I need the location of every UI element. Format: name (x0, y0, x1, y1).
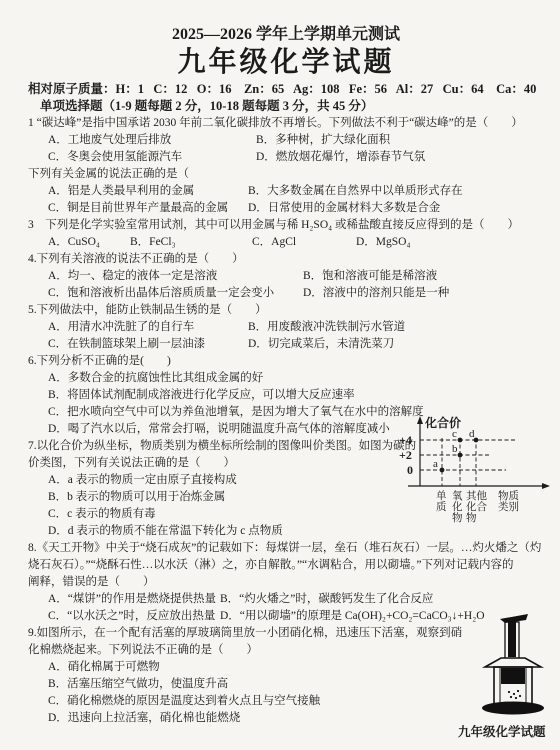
point-c-label: c (452, 428, 457, 440)
question-8-stem-line1: 8.《天工开物》中关于“烧石成灰”的记载如下：每煤饼一层，垒石（堆石灰石）一层。… (28, 540, 544, 557)
flange (485, 658, 541, 667)
options-row: C．饱和溶液析出晶体后溶质质量一定会变小 D．溶液中的溶剂只能是一种 (28, 285, 544, 302)
question-3-option-c: C．AgCl (252, 234, 356, 251)
exam-session-title: 2025—2026 学年上学期单元测试 (28, 24, 544, 46)
question-5-option-b: B．用废酸液冲洗铁制污水管道 (248, 319, 405, 336)
section-instructions: 单项选择题（1-9 题每题 2 分，10-18 题每题 3 分，共 45 分） (28, 98, 544, 115)
fire-syringe-illustration (458, 612, 550, 721)
question-4-stem: 4.下列有关溶液的说法不正确的是（ ） (28, 251, 544, 268)
options-row: A．CuSO₄ B．FeCl₃ C．AgCl D．MgSO₄ (28, 234, 544, 251)
question-2-option-a: A．铝是人类最早利用的金属 (48, 183, 248, 200)
question-3-option-b: B．FeCl₃ (130, 234, 252, 251)
question-1-option-b: B．多种树，扩大绿化面积 (256, 132, 390, 149)
exam-page: 2025—2026 学年上学期单元测试 九年级化学试题 相对原子质量：H：1 C… (0, 0, 560, 750)
x-axis-arrow-icon (542, 483, 550, 489)
xcat-yanghuawu-line2: 化 (452, 500, 463, 513)
nitrocellulose-cotton (508, 690, 521, 699)
question-1: 1 “碳达峰”是指中国承诺 2030 年前二氧化碳排放不再增长。下列做法不利于“… (28, 115, 544, 166)
question-4-option-b: B．饱和溶液可能是稀溶液 (303, 268, 437, 285)
question-5-option-a: A．用清水冲洗脏了的自行车 (48, 319, 248, 336)
xcat-qita-line3: 物 (466, 511, 477, 524)
question-8-option-a: A．“煤饼”的作用是燃烧提供热量 (48, 591, 220, 608)
question-1-option-d: D．燃放烟花爆竹，增添春节气氛 (256, 149, 425, 166)
page-title: 九年级化学试题 (28, 46, 544, 80)
point-b-label: b (452, 443, 458, 455)
question-2-stem: 下列有关金属的说法正确的是（ (28, 166, 544, 183)
base (482, 702, 544, 715)
question-6-option-b: B．将固体试剂配制成溶液进行化学反应，可以增大反应速率 (28, 387, 544, 404)
question-2-option-c: C．铜是目前世界年产量最高的金属 (48, 200, 248, 217)
page-footer-label: 九年级化学试题 (458, 722, 546, 740)
question-8-option-b: B．“灼火燔之”时，碳酸钙发生了化合反应 (220, 591, 433, 608)
question-1-option-c: C．冬奥会使用氢能源汽车 (48, 149, 256, 166)
question-4-option-c: C．饱和溶液析出晶体后溶质质量一定会变小 (48, 285, 303, 302)
question-8-stem-line2: 烧石灰石）。”“烧酥石性…以水沃（淋）之，亦自解散。”“水调粘合，用以砌墙。”下… (28, 557, 544, 574)
question-5: 5.下列做法中，能防止铁制品生锈的是（ ） A．用清水冲洗脏了的自行车 B．用废… (28, 302, 544, 353)
options-row: A．均一、稳定的液体一定是溶液 B．饱和溶液可能是稀溶液 (28, 268, 544, 285)
options-row: C．铜是目前世界年产量最高的金属 D．日常使用的金属材料大多数是合金 (28, 200, 544, 217)
question-8-option-c: C．“以水沃之”时，反应放出热量 (48, 608, 220, 625)
question-6-stem: 6.下列分析不正确的是( ) (28, 353, 544, 370)
ytick-plus4: +4 (399, 433, 412, 447)
xcat-danzhi-line2: 质 (436, 500, 447, 513)
valence-category-chart: 化合价 +4 +2 0 a b c d 单 质 氧 化 物 其他 化合 物 物质… (394, 414, 558, 541)
question-6-option-a: A．多数合金的抗腐蚀性比其组成金属的好 (28, 370, 544, 387)
ytick-zero: 0 (407, 463, 413, 477)
question-2-option-b: B．大多数金属在自然界中以单质形式存在 (248, 183, 463, 200)
question-4: 4.下列有关溶液的说法不正确的是（ ） A．均一、稳定的液体一定是溶液 B．饱和… (28, 251, 544, 302)
xcat-qita-line1: 其他 (466, 489, 487, 502)
point-b (458, 453, 463, 458)
piston-rod (508, 622, 516, 657)
question-8-stem-line3: 阐释，错误的是（ ） (28, 574, 544, 591)
point-d-label: d (469, 428, 475, 440)
question-1-stem: 1 “碳达峰”是指中国承诺 2030 年前二氧化碳排放不再增长。下列做法不利于“… (28, 115, 544, 132)
x-axis-title-line1: 物质 (498, 489, 519, 502)
ytick-plus2: +2 (399, 448, 412, 462)
fire-syringe-svg (458, 612, 550, 716)
question-3-stem: 3 下列是化学实验室常用试剂，其中可以用金属与稀 H₂SO₄ 或稀盐酸直接反应得… (28, 217, 544, 234)
question-3-option-a: A．CuSO₄ (48, 234, 130, 251)
question-4-option-d: D．溶液中的溶剂只能是一种 (303, 285, 449, 302)
question-4-option-a: A．均一、稳定的液体一定是溶液 (48, 268, 303, 285)
question-2: 下列有关金属的说法正确的是（ A．铝是人类最早利用的金属 B．大多数金属在自然界… (28, 166, 544, 217)
atomic-masses-line: 相对原子质量：H：1 C：12 O：16 Zn：65 Ag：108 Fe：56 … (28, 80, 544, 98)
piston-head (501, 668, 525, 684)
xcat-qita-line2: 化合 (466, 500, 487, 513)
options-row: A．用清水冲洗脏了的自行车 B．用废酸液冲洗铁制污水管道 (28, 319, 544, 336)
question-3-option-d: D．MgSO₄ (356, 234, 411, 251)
x-axis-title-line2: 类别 (498, 500, 519, 513)
valence-category-chart-svg: 化合价 +4 +2 0 a b c d 单 质 氧 化 物 其他 化合 物 物质… (394, 414, 558, 536)
question-8-option-d: D．“用以砌墙”的原理是 Ca(OH)₂+CO₂=CaCO₃↓+H₂O (220, 608, 485, 625)
question-5-option-d: D．切完咸菜后，未清洗菜刀 (248, 336, 394, 353)
xcat-yanghuawu-line1: 氧 (452, 489, 463, 502)
point-a (440, 468, 445, 473)
options-row: C．在铁制篮球架上刷一层油漆 D．切完咸菜后，未清洗菜刀 (28, 336, 544, 353)
question-3: 3 下列是化学实验室常用试剂，其中可以用金属与稀 H₂SO₄ 或稀盐酸直接反应得… (28, 217, 544, 251)
question-5-option-c: C．在铁制篮球架上刷一层油漆 (48, 336, 248, 353)
xcat-danzhi-line1: 单 (436, 489, 447, 502)
xcat-yanghuawu-line3: 物 (452, 511, 463, 524)
question-5-stem: 5.下列做法中，能防止铁制品生锈的是（ ） (28, 302, 544, 319)
question-1-option-a: A．工地废气处理后排放 (48, 132, 256, 149)
options-row: A．铝是人类最早利用的金属 B．大多数金属在自然界中以单质形式存在 (28, 183, 544, 200)
options-row: C．冬奥会使用氢能源汽车 D．燃放烟花爆竹，增添春节气氛 (28, 149, 544, 166)
point-c (458, 438, 463, 443)
point-a-label: a (433, 458, 438, 470)
y-axis-arrow-icon (417, 416, 423, 424)
question-2-option-d: D．日常使用的金属材料大多数是合金 (248, 200, 440, 217)
options-row: A．“煤饼”的作用是燃烧提供热量 B．“灼火燔之”时，碳酸钙发生了化合反应 (28, 591, 544, 608)
options-row: A．工地废气处理后排放 B．多种树，扩大绿化面积 (28, 132, 544, 149)
